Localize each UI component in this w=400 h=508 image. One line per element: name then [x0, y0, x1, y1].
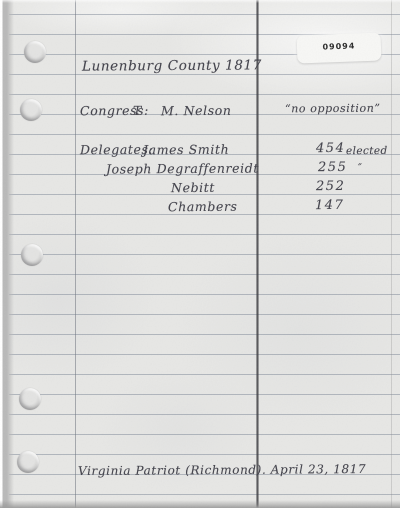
congress-remark: “no opposition” [285, 102, 381, 116]
punch-hole [19, 388, 41, 410]
punch-hole [24, 41, 46, 63]
delegate-votes: 255 [318, 160, 347, 175]
delegate-votes: 454 [316, 141, 345, 156]
note-title: Lunenburg County 1817 [82, 57, 262, 74]
congress-initial: T [133, 103, 142, 118]
punch-hole [17, 451, 39, 473]
barcode-sticker: 09094 [297, 33, 382, 64]
congress-name: M. Nelson [161, 103, 232, 118]
punch-hole [21, 244, 43, 266]
margin-line [75, 0, 76, 508]
delegate-name: Joseph Degraffenreidt [106, 160, 259, 176]
punch-hole [20, 99, 42, 121]
scan-edge-top [0, 0, 400, 3]
scan-edge-left [0, 0, 14, 508]
sticker-number: 09094 [322, 41, 355, 51]
scan-noise [0, 0, 400, 508]
delegate-name: James Smith [143, 142, 229, 158]
crease-line [256, 0, 259, 508]
delegate-votes: 252 [316, 179, 345, 194]
delegate-votes: 147 [315, 198, 344, 213]
delegate-name: Chambers [168, 199, 238, 214]
paper-texture [0, 0, 400, 508]
delegate-note: ″ [358, 162, 362, 174]
delegate-name: Nebitt [171, 180, 215, 195]
delegate-note: elected [346, 145, 388, 157]
scan-edge-right [391, 0, 392, 508]
ruled-lines [9, 14, 400, 500]
source-citation: Virginia Patriot (Richmond). April 23, 1… [78, 462, 366, 478]
scan-edge-bottom [0, 500, 400, 508]
scanned-page: 09094 Lunenburg County 1817 Congress: T … [0, 0, 400, 508]
